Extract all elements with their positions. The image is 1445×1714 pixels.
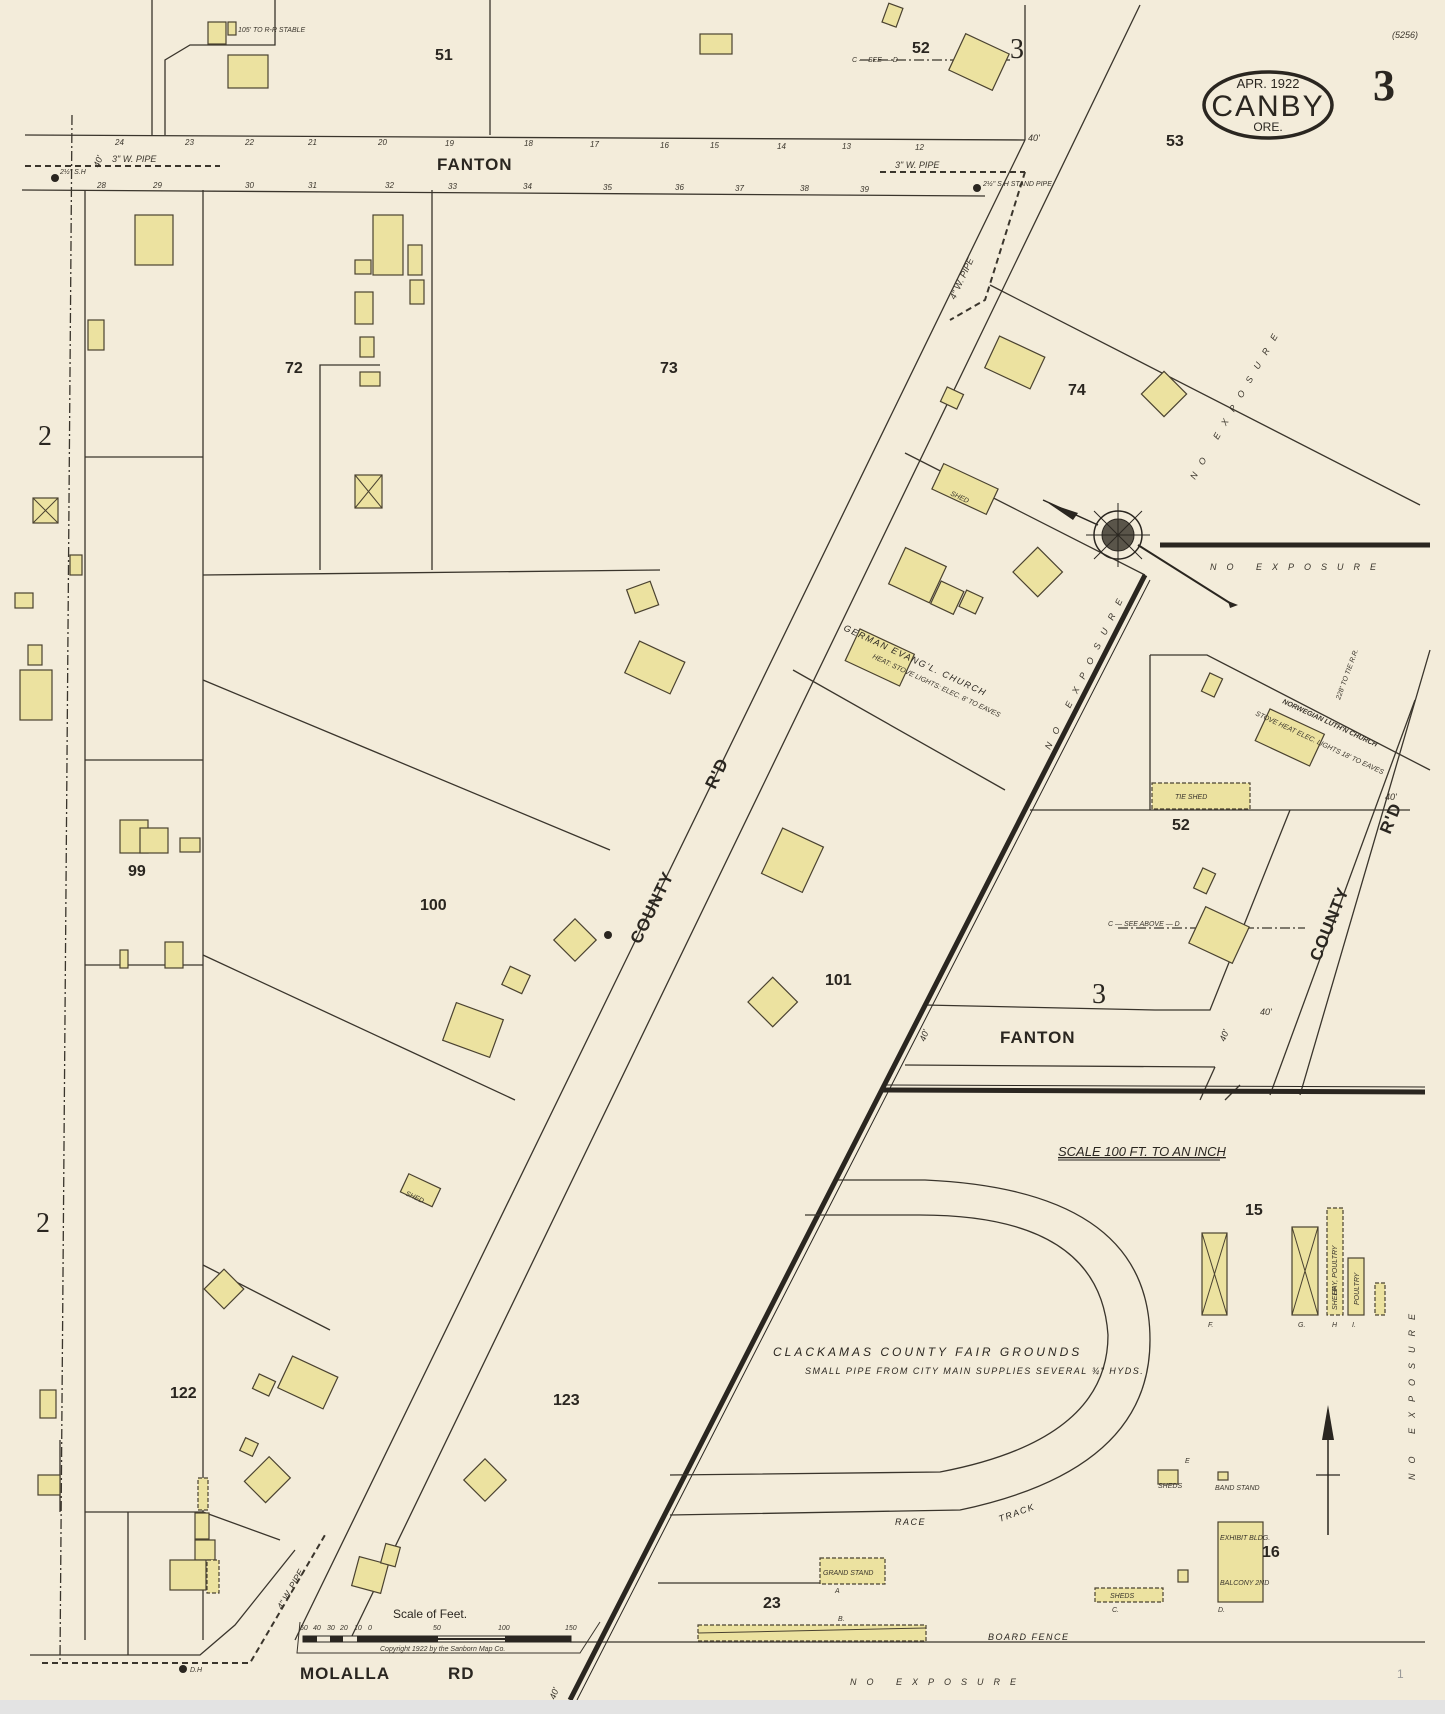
- block-number: 51: [435, 47, 453, 64]
- building-letter: H: [1332, 1322, 1338, 1329]
- sheds-label: SHEDS: [1110, 1593, 1134, 1600]
- pipe-label: 4" W. PIPE: [275, 1567, 306, 1611]
- street-name-county-rd: COUNTY: [1306, 884, 1353, 963]
- balcony-label: BALCONY 2ND: [1220, 1580, 1269, 1587]
- street-width: 40': [1028, 133, 1040, 143]
- block-number: 100: [420, 897, 447, 914]
- svg-text:14: 14: [777, 142, 786, 151]
- scale-note: SCALE 100 FT. TO AN INCH: [1058, 1144, 1226, 1159]
- sanborn-map-sheet: APR. 1922 CANBY ORE. (5256) 3 1 2 2 FANT…: [0, 0, 1445, 1700]
- tie-shed-label: TIE SHED: [1175, 794, 1207, 801]
- svg-text:50: 50: [433, 1625, 441, 1632]
- scale-bar: Scale of Feet. 50 40 30 20 10 0 50 100 1…: [297, 1607, 600, 1653]
- compass-rose-icon: [1043, 500, 1238, 608]
- stable-note: 105' TO R-R STABLE: [238, 27, 306, 34]
- svg-text:17: 17: [590, 140, 599, 149]
- svg-text:33: 33: [448, 182, 457, 191]
- no-exposure-label: NO EXPOSURE: [1043, 588, 1129, 751]
- block-number: 52: [1172, 817, 1190, 834]
- block-number: 73: [660, 360, 678, 377]
- sheet-reference: (5256): [1392, 30, 1418, 40]
- race-track-label: TRACK: [997, 1501, 1036, 1523]
- title-cartouche: APR. 1922 CANBY ORE.: [1204, 72, 1332, 138]
- map-date: APR. 1922: [1237, 76, 1300, 91]
- street-width: 40': [1217, 1028, 1231, 1043]
- block-number: 53: [1166, 133, 1184, 150]
- svg-text:38: 38: [800, 184, 809, 193]
- street-width: 40': [1260, 1007, 1272, 1017]
- edge-mark: 1: [1397, 1667, 1404, 1681]
- street-width: 40': [547, 1686, 561, 1700]
- svg-text:12: 12: [915, 143, 924, 152]
- svg-text:22: 22: [244, 138, 254, 147]
- svg-text:0: 0: [368, 1625, 372, 1632]
- street-name-fanton: FANTON: [437, 155, 513, 174]
- street-name-county-rd: R'D: [1376, 800, 1405, 836]
- svg-text:30: 30: [327, 1625, 335, 1632]
- hydrant-label: 2½" S.H STAND PIPE: [982, 180, 1052, 188]
- street-name-county-rd: R'D: [702, 755, 733, 792]
- band-stand-label: BAND STAND: [1215, 1485, 1260, 1492]
- no-exposure-label: NO EXPOSURE: [1188, 324, 1285, 481]
- sheep-building-label: SHEEP: [1332, 1286, 1339, 1310]
- map-canvas: APR. 1922 CANBY ORE. (5256) 3 1 2 2 FANT…: [0, 0, 1445, 1700]
- block-number: 122: [170, 1385, 197, 1402]
- poultry-building-label: POULTRY: [1354, 1271, 1361, 1305]
- no-exposure-label: NO EXPOSURE: [1210, 562, 1386, 572]
- scale-title: Scale of Feet.: [393, 1607, 467, 1621]
- street-name-molalla-rd: MOLALLA: [300, 1664, 390, 1683]
- svg-text:31: 31: [308, 181, 317, 190]
- svg-text:50: 50: [300, 1625, 308, 1632]
- block-number: 16: [1262, 1544, 1280, 1561]
- sheet-reference-number: 3: [1010, 34, 1024, 65]
- street-name-fanton: FANTON: [1000, 1028, 1076, 1047]
- street-name-molalla-rd: RD: [448, 1664, 475, 1683]
- building-letter: D.: [1218, 1607, 1225, 1614]
- block-number: 101: [825, 972, 852, 989]
- street-width: 40': [91, 154, 105, 169]
- svg-text:35: 35: [603, 183, 612, 192]
- svg-text:36: 36: [675, 183, 684, 192]
- sheet-reference-number: 3: [1092, 979, 1106, 1010]
- adjacent-sheet-ref: 2: [36, 1208, 50, 1239]
- svg-text:15: 15: [710, 141, 719, 150]
- grand-stand-label: GRAND STAND: [823, 1570, 873, 1577]
- sheds-label: SHEDS: [1158, 1483, 1182, 1490]
- svg-text:21: 21: [307, 138, 317, 147]
- copyright-notice: Copyright 1922 by the Sanborn Map Co.: [380, 1646, 505, 1653]
- svg-text:24: 24: [114, 138, 124, 147]
- hydrant-label: D.H: [190, 1667, 203, 1674]
- svg-text:13: 13: [842, 142, 851, 151]
- board-fence-label: BOARD FENCE: [988, 1632, 1070, 1642]
- block-number: 23: [763, 1595, 781, 1612]
- svg-text:29: 29: [152, 181, 162, 190]
- svg-text:20: 20: [339, 1625, 348, 1632]
- water-pipes: [25, 60, 1305, 1663]
- fairgrounds-label: CLACKAMAS COUNTY FAIR GROUNDS: [773, 1345, 1082, 1359]
- block-number: 15: [1245, 1202, 1263, 1219]
- hydrant-icon: [51, 174, 59, 182]
- svg-text:39: 39: [860, 185, 869, 194]
- svg-text:30: 30: [245, 181, 254, 190]
- see-reference: C — SEE — D: [852, 57, 898, 64]
- map-city: CANBY: [1211, 90, 1324, 123]
- svg-text:16: 16: [660, 141, 669, 150]
- svg-text:40: 40: [313, 1625, 321, 1632]
- svg-text:100: 100: [498, 1625, 510, 1632]
- block-number: 52: [912, 40, 930, 57]
- svg-text:150: 150: [565, 1625, 577, 1632]
- street-name-county-rd: COUNTY: [627, 869, 678, 947]
- adjacent-sheet-ref: 2: [38, 421, 52, 452]
- pipe-label: 3" W. PIPE: [112, 154, 157, 164]
- block-number: 99: [128, 863, 146, 880]
- building-letter: I.: [1352, 1322, 1356, 1329]
- no-exposure-label: NO EXPOSURE: [1407, 1304, 1417, 1480]
- building-letter: A: [834, 1588, 840, 1595]
- building-letter: G.: [1298, 1322, 1305, 1329]
- street-width: 40': [1385, 792, 1397, 802]
- distance-note: 228' TO TIE R.R.: [1335, 648, 1360, 702]
- building-letter: F.: [1208, 1322, 1213, 1329]
- block-number: 123: [553, 1392, 580, 1409]
- building-letter: E: [1185, 1458, 1190, 1465]
- hydrant-icon: [973, 184, 981, 192]
- hydrant-label: 2½" S.H: [59, 168, 87, 176]
- page-number: 3: [1373, 61, 1395, 110]
- svg-text:20: 20: [377, 138, 387, 147]
- railroad-track: [570, 545, 1430, 1700]
- block-number: 72: [285, 360, 303, 377]
- map-state: ORE.: [1253, 120, 1282, 134]
- exhibit-building-label: EXHIBIT BLDG.: [1220, 1535, 1270, 1542]
- hydrant-icon: [179, 1665, 187, 1673]
- north-arrow-icon: [1316, 1405, 1340, 1535]
- svg-text:10: 10: [354, 1625, 362, 1632]
- pipe-label: 4" W. PIPE: [948, 256, 976, 301]
- scan-margin: [0, 1700, 1445, 1714]
- pipe-label: 3" W. PIPE: [895, 160, 940, 170]
- fairgrounds-note: SMALL PIPE FROM CITY MAIN SUPPLIES SEVER…: [805, 1366, 1144, 1376]
- block-number: 74: [1068, 382, 1086, 399]
- no-exposure-label: NO EXPOSURE: [850, 1677, 1026, 1687]
- svg-text:37: 37: [735, 184, 744, 193]
- svg-text:28: 28: [96, 181, 106, 190]
- see-reference: C — SEE ABOVE — D: [1108, 921, 1180, 928]
- race-track-label: RACE: [895, 1517, 926, 1527]
- svg-text:34: 34: [523, 182, 532, 191]
- building-letter: C.: [1112, 1607, 1119, 1614]
- svg-text:18: 18: [524, 139, 533, 148]
- street-lines: [22, 0, 1430, 1655]
- svg-text:19: 19: [445, 139, 454, 148]
- svg-text:32: 32: [385, 181, 394, 190]
- hydrant-icon: [604, 931, 612, 939]
- svg-text:23: 23: [184, 138, 194, 147]
- building-letter: B.: [838, 1616, 845, 1623]
